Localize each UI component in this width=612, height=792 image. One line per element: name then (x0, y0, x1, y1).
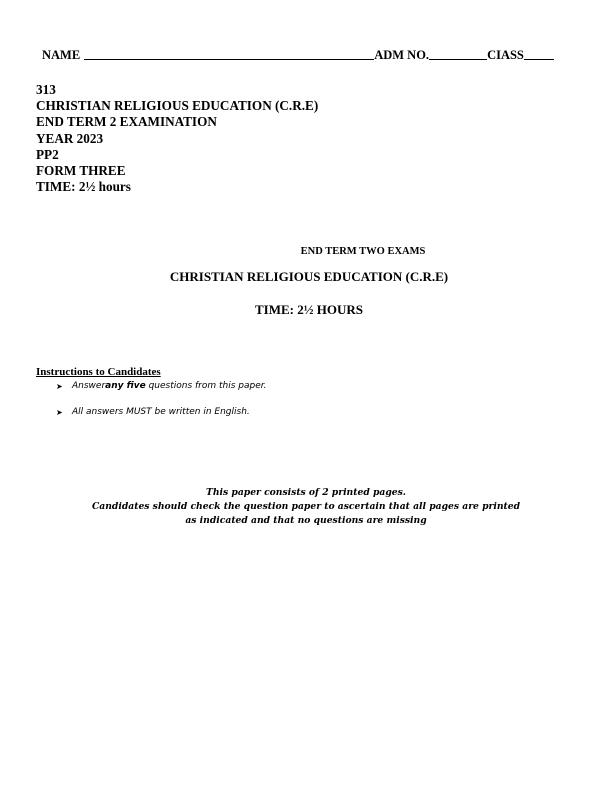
instructions-list: ➤ Answerany five questions from this pap… (56, 379, 267, 423)
instruction-item: ➤ Answerany five questions from this pap… (56, 379, 267, 393)
exams-heading: END TERM TWO EXAMS (57, 246, 612, 257)
footer-line-pages: This paper consists of 2 printed pages. (0, 486, 612, 500)
class-label: CIASS (487, 48, 524, 62)
footer-line-check: Candidates should check the question pap… (0, 500, 612, 514)
name-label: NAME (42, 48, 80, 62)
instruction-item: ➤ All answers MUST be written in English… (56, 401, 267, 423)
paper-form: FORM THREE (36, 163, 318, 179)
instructions-title: Instructions to Candidates (36, 366, 161, 378)
paper-footer-note: This paper consists of 2 printed pages. … (0, 486, 612, 528)
subject-heading: CHRISTIAN RELIGIOUS EDUCATION (C.R.E) (3, 269, 612, 285)
footer-line-missing: as indicated and that no questions are m… (0, 514, 612, 528)
paper-number: PP2 (36, 147, 318, 163)
name-blank-field[interactable] (84, 49, 374, 60)
candidate-details-line: NAMEADM NO.CIASS (42, 48, 554, 63)
paper-year: YEAR 2023 (36, 131, 318, 147)
adm-no-label: ADM NO. (374, 48, 429, 62)
paper-code: 313 (36, 82, 318, 98)
paper-exam: END TERM 2 EXAMINATION (36, 114, 318, 130)
paper-time: TIME: 2½ hours (36, 179, 318, 195)
paper-subject: CHRISTIAN RELIGIOUS EDUCATION (C.R.E) (36, 98, 318, 114)
instruction-text: Answerany five questions from this paper… (72, 381, 267, 391)
paper-metadata: 313 CHRISTIAN RELIGIOUS EDUCATION (C.R.E… (36, 82, 318, 195)
adm-no-blank-field[interactable] (429, 49, 487, 60)
instruction-text: All answers MUST be written in English. (72, 407, 250, 417)
arrowhead-bullet-icon: ➤ (56, 408, 72, 417)
class-blank-field[interactable] (524, 49, 554, 60)
time-heading: TIME: 2½ HOURS (3, 302, 612, 318)
arrowhead-bullet-icon: ➤ (56, 382, 72, 391)
